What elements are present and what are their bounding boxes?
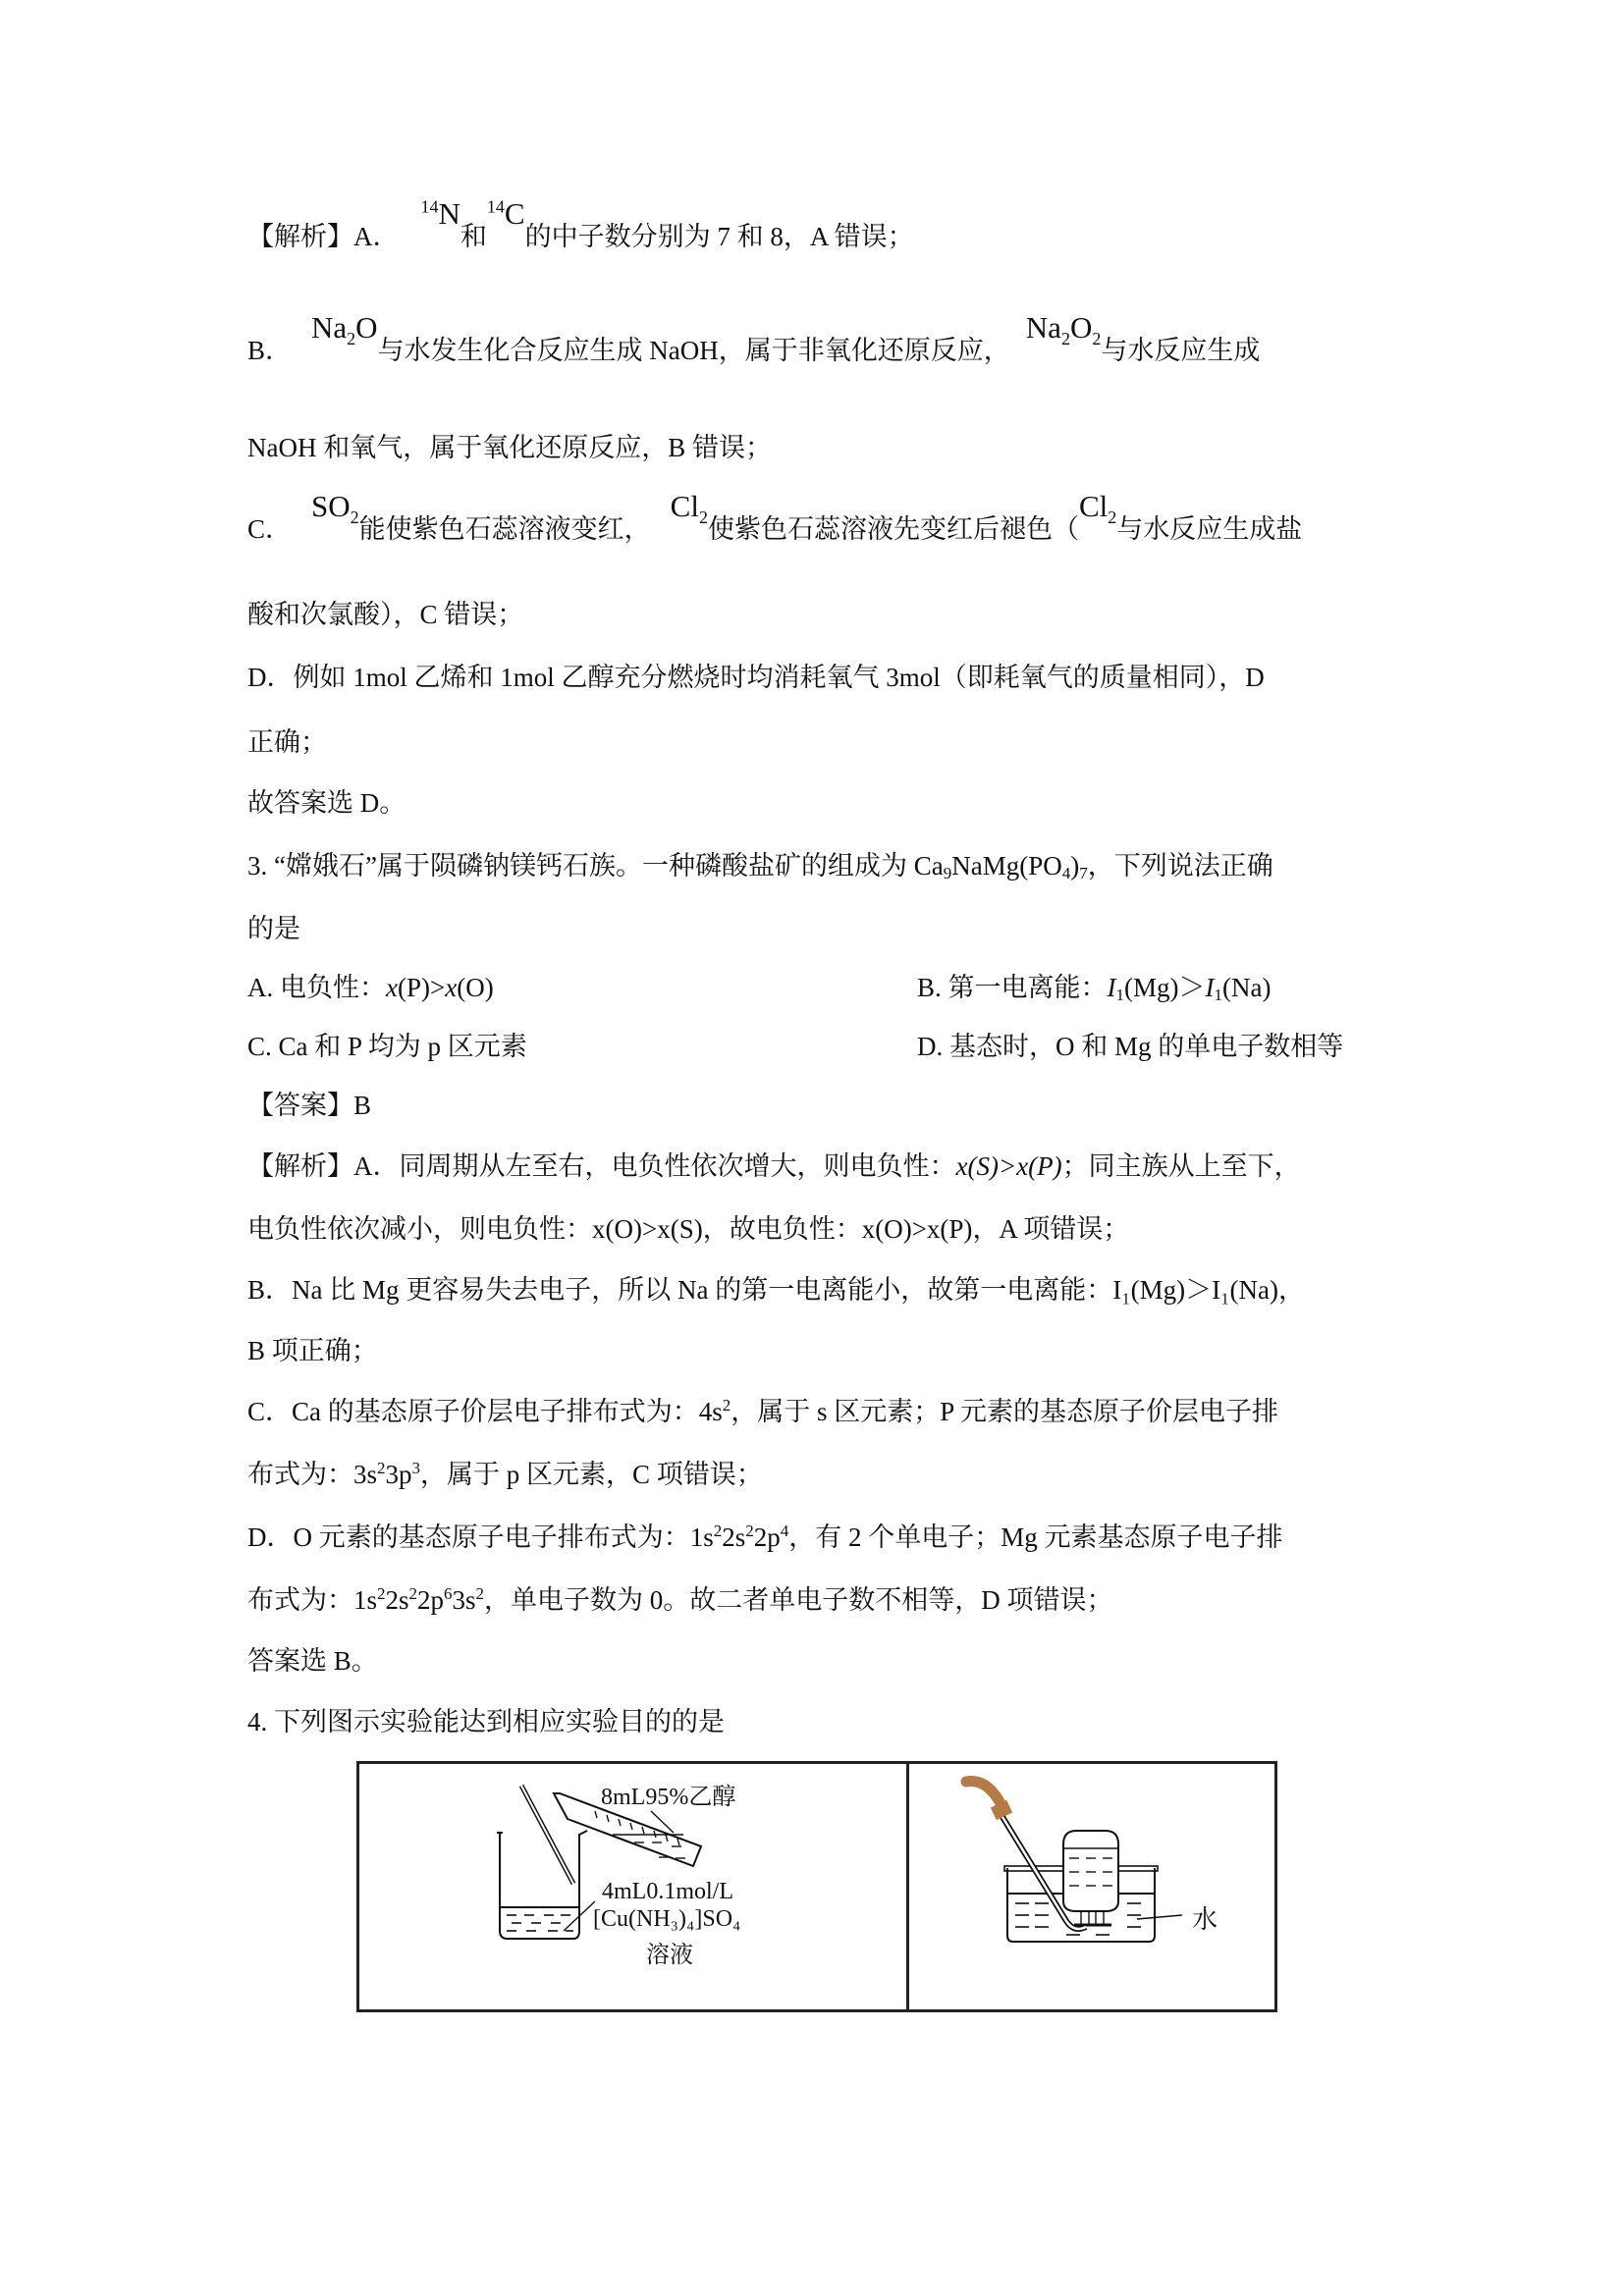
q4-figure-table: 8mL95%乙醇 4mL0.1mol/L [Cu(NH₃)₄]SO₄ 溶液 (356, 1761, 1277, 2012)
q3-stem-line2: 的是 (247, 911, 300, 946)
q3-stem-line1: 3. “嫦娥石”属于陨磷钠镁钙石族。一种磷酸盐矿的组成为 Ca9NaMg(PO4… (247, 848, 1273, 883)
q4-stem: 4. 下列图示实验能达到相应实验目的的是 (247, 1704, 725, 1739)
analysis-label: 【解析】A． (247, 222, 400, 251)
formula-na2o: Na2O (311, 310, 378, 345)
q3-analysis-b-line1: B．Na 比 Mg 更容易失去电子，所以 Na 的第一电离能小，故第一电离能：I… (247, 1272, 1305, 1308)
q2-analysis-b-line1: B．Na2O与水发生化合反应生成 NaOH，属于非氧化还原反应，Na2O2与水反… (247, 332, 1260, 368)
q3-option-b: B. 第一电离能：I1(Mg)＞I1(Na) (917, 970, 1271, 1005)
label-ethanol: 8mL95%乙醇 (601, 1777, 735, 1811)
option-prefix: B． (247, 336, 292, 365)
q3-analysis-c-line1: C．Ca 的基态原子价层电子排布式为：4s2，属于 s 区元素；P 元素的基态原… (247, 1394, 1278, 1429)
label-concentration: 4mL0.1mol/L (602, 1879, 733, 1905)
figure-left-ethanol-precipitation: 8mL95%乙醇 4mL0.1mol/L [Cu(NH₃)₄]SO₄ 溶液 (359, 1764, 909, 2009)
q2-conclusion: 故答案选 D。 (247, 785, 406, 821)
q2-analysis-c-line1: C．SO2能使紫色石蕊溶液变红，Cl2使紫色石蕊溶液先变红后褪色（Cl2与水反应… (247, 510, 1302, 547)
option-prefix: C． (247, 514, 292, 544)
analysis-b-text1: 与水发生化合反应生成 NaOH，属于非氧化还原反应， (378, 336, 1010, 365)
label-complex-formula: [Cu(NH₃)₄]SO₄ (593, 1906, 740, 1933)
q3-answer: 【答案】B (247, 1088, 371, 1123)
q2-analysis-c-line2: 酸和次氯酸），C 错误； (247, 597, 523, 632)
water-trough-diagram (909, 1764, 1274, 2009)
analysis-c-text1: 能使紫色石蕊溶液变红， (359, 514, 651, 544)
isotope-c14: 14C (487, 196, 525, 231)
q2-analysis-d-line2: 正确； (247, 724, 327, 760)
analysis-b-text2: 与水反应生成 (1101, 336, 1260, 365)
q3-analysis-d-line1: D．O 元素的基态原子电子排布式为：1s22s22p4，有 2 个单电子；Mg … (247, 1520, 1283, 1555)
analysis-c-text2: 使紫色石蕊溶液先变红后褪色（ (708, 514, 1079, 544)
q3-analysis-b-line2: B 项正确； (247, 1333, 378, 1368)
formula-cl2: Cl2 (1079, 489, 1116, 523)
isotope-n14: 14N (421, 196, 460, 231)
q2-analysis-b-line2: NaOH 和氧气，属于氧化还原反应，B 错误； (247, 430, 772, 465)
label-solution: 溶液 (646, 1935, 693, 1969)
q3-analysis-a-line1: 【解析】A．同周期从左至右，电负性依次增大，则电负性：x(S)>x(P)；同主族… (247, 1148, 1301, 1184)
formula-cl2: Cl2 (671, 489, 708, 523)
figure-right-gas-collection: 水 (909, 1764, 1274, 2009)
q2-analysis-a: 【解析】A．14N和14C的中子数分别为 7 和 8，A 错误； (247, 218, 914, 254)
text-and: 和 (460, 222, 487, 251)
q3-option-c: C. Ca 和 P 均为 p 区元素 (247, 1029, 527, 1064)
analysis-a-text: 的中子数分别为 7 和 8，A 错误； (525, 222, 914, 251)
analysis-c-text3: 与水反应生成盐 (1116, 514, 1302, 544)
formula-so2: SO2 (311, 489, 359, 523)
q3-option-a: A. 电负性：x(P)>x(O) (247, 970, 494, 1005)
q3-analysis-d-line2: 布式为：1s22s22p63s2，单电子数为 0。故二者单电子数不相等，D 项错… (247, 1582, 1113, 1618)
q3-analysis-a-line2: 电负性依次减小，则电负性：x(O)>x(S)，故电负性：x(O)>x(P)，A … (247, 1211, 1129, 1247)
q2-analysis-d-line1: D．例如 1mol 乙烯和 1mol 乙醇充分燃烧时均消耗氧气 3mol（即耗氧… (247, 660, 1265, 695)
label-water: 水 (1192, 1899, 1218, 1936)
q3-analysis-c-line2: 布式为：3s23p3，属于 p 区元素，C 项错误； (247, 1457, 763, 1492)
q3-option-d: D. 基态时，O 和 Mg 的单电子数相等 (917, 1029, 1343, 1064)
q3-conclusion: 答案选 B。 (247, 1643, 378, 1679)
formula-na2o2: Na2O2 (1026, 310, 1102, 345)
